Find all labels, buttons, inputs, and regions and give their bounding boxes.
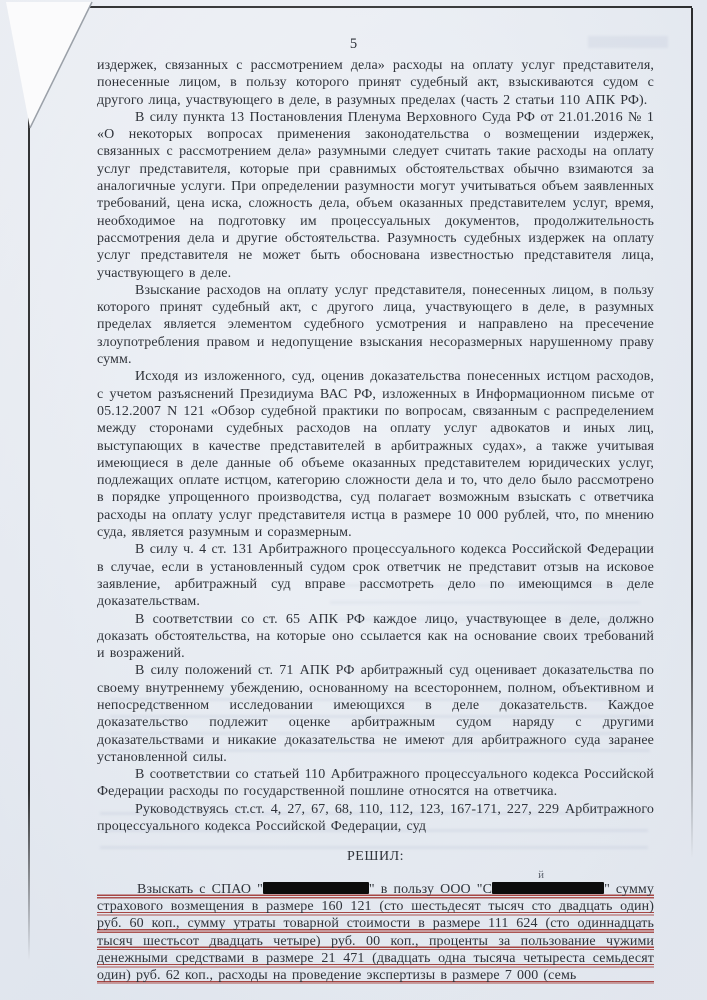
paragraph-apk-110: В соответствии со статьей 110 Арбитражно… xyxy=(97,766,654,801)
paragraph-apk-131: В силу ч. 4 ст. 131 Арбитражного процесс… xyxy=(97,541,654,610)
folded-corner xyxy=(0,0,150,150)
paragraph-guided-by: Руководствуясь ст.ст. 4, 27, 67, 68, 110… xyxy=(97,801,654,836)
ruling-heading: РЕШИЛ: xyxy=(97,848,654,865)
document-text-column: издержек, связанных с рассмотрением дела… xyxy=(97,57,654,984)
operative-paragraph: Взыскать с СПАО "" в пользу ООО "Сй" сум… xyxy=(97,881,654,985)
operative-text-segment: " в пользу ООО "С xyxy=(369,882,492,897)
paragraph-apk-65: В соответствии со ст. 65 АПК РФ каждое л… xyxy=(97,611,654,663)
paragraph-court-assessment: Исходя из изложенного, суд, оценив доказ… xyxy=(97,368,654,541)
scanned-court-decision-page: 5 издержек, связанных с рассмотрением де… xyxy=(0,0,707,1000)
scan-border-top xyxy=(86,6,692,8)
paragraph-plenum-13: В силу пункта 13 Постановления Пленума В… xyxy=(97,109,654,282)
paragraph-recovery-discretion: Взыскание расходов на оплату услуг предс… xyxy=(97,282,654,368)
redaction-peek-letter: й xyxy=(498,870,544,881)
redaction-bar-2: й xyxy=(492,882,604,894)
paragraph-apk-71: В силу положений ст. 71 АПК РФ арбитражн… xyxy=(97,662,654,766)
scan-border-left xyxy=(28,8,30,960)
scan-border-right xyxy=(691,8,693,858)
paragraph-costs-continuation: издержек, связанных с рассмотрением дела… xyxy=(97,57,654,109)
redaction-bar-1 xyxy=(263,882,369,894)
operative-text-segment: Взыскать с СПАО " xyxy=(137,882,263,897)
